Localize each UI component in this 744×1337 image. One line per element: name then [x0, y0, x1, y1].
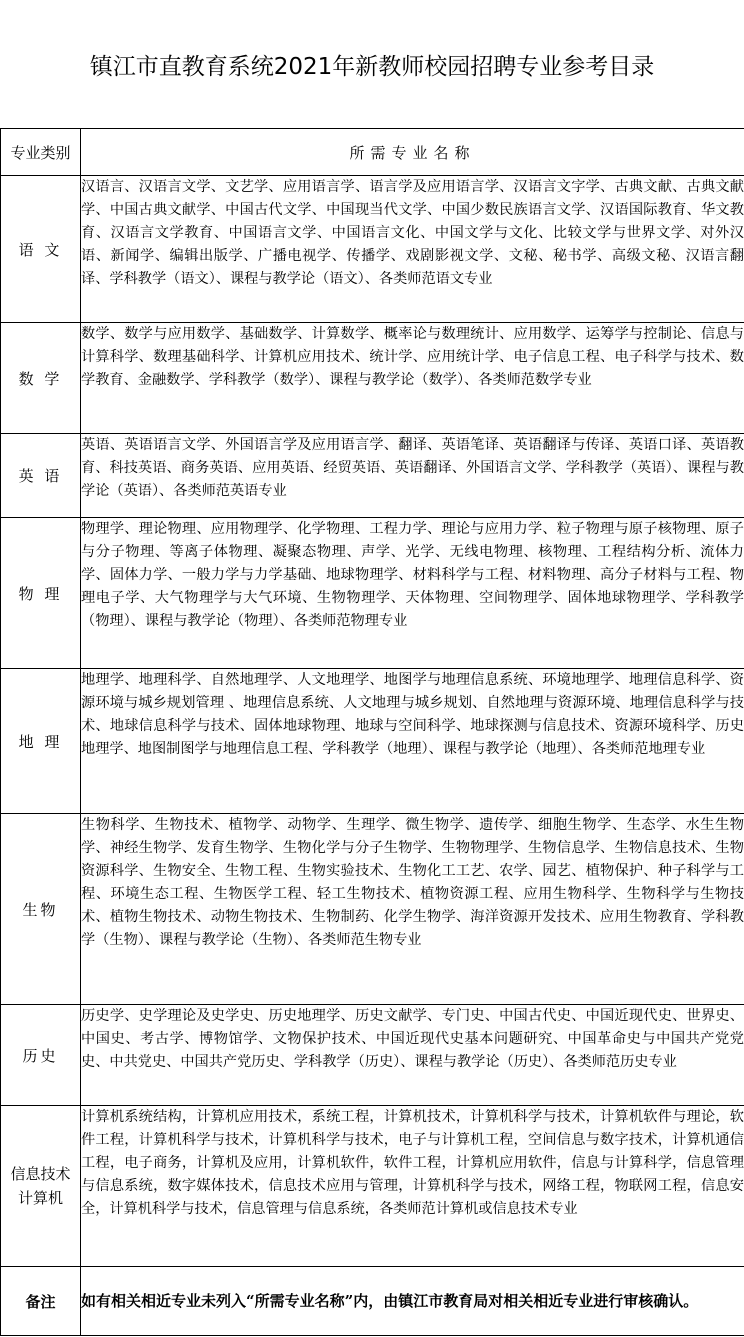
- majors-cell: 英语、英语语言文学、外国语言学及应用语言学、翻译、英语笔译、英语翻译与传译、英语…: [81, 434, 744, 518]
- category-cell: 历史: [1, 1005, 81, 1106]
- category-cell: 生物: [1, 814, 81, 1005]
- table-row-history: 历史 历史学、史学理论及史学史、历史地理学、历史文献学、专门史、中国古代史、中国…: [1, 1005, 744, 1106]
- majors-cell: 数学、数学与应用数学、基础数学、计算数学、概率论与数理统计、应用数学、运筹学与控…: [81, 323, 744, 434]
- majors-cell: 计算机系统结构，计算机应用技术，系统工程，计算机技术，计算机科学与技术，计算机软…: [81, 1106, 744, 1267]
- note-text: 如有相关相近专业未列入“所需专业名称”内，由镇江市教育局对相关相近专业进行审核确…: [81, 1267, 744, 1336]
- category-line-1: 信息技术: [1, 1162, 80, 1186]
- note-label: 备注: [1, 1267, 81, 1336]
- category-cell: 英 语: [1, 434, 81, 518]
- table-row-geography: 地 理 地理学、地理科学、自然地理学、人文地理学、地图学与地理信息系统、环境地理…: [1, 669, 744, 814]
- category-cell: 物 理: [1, 518, 81, 669]
- major-catalog-table: 专业类别 所需专业名称 语 文 汉语言、汉语言文学、文艺学、应用语言学、语言学及…: [0, 128, 744, 1336]
- category-cell: 语 文: [1, 176, 81, 323]
- header-category: 专业类别: [1, 129, 81, 176]
- table-row-it: 信息技术 计算机 计算机系统结构，计算机应用技术，系统工程，计算机技术，计算机科…: [1, 1106, 744, 1267]
- majors-cell: 地理学、地理科学、自然地理学、人文地理学、地图学与地理信息系统、环境地理学、地理…: [81, 669, 744, 814]
- majors-cell: 历史学、史学理论及史学史、历史地理学、历史文献学、专门史、中国古代史、中国近现代…: [81, 1005, 744, 1106]
- majors-cell: 汉语言、汉语言文学、文艺学、应用语言学、语言学及应用语言学、汉语言文字学、古典文…: [81, 176, 744, 323]
- category-cell: 数 学: [1, 323, 81, 434]
- table-row-physics: 物 理 物理学、理论物理、应用物理学、化学物理、工程力学、理论与应用力学、粒子物…: [1, 518, 744, 669]
- table-row-biology: 生物 生物科学、生物技术、植物学、动物学、生理学、微生物学、遗传学、细胞生物学、…: [1, 814, 744, 1005]
- majors-cell: 生物科学、生物技术、植物学、动物学、生理学、微生物学、遗传学、细胞生物学、生态学…: [81, 814, 744, 1005]
- header-majors: 所需专业名称: [81, 129, 744, 176]
- table-header-row: 专业类别 所需专业名称: [1, 129, 744, 176]
- category-cell: 地 理: [1, 669, 81, 814]
- page-title: 镇江市直教育系统2021年新教师校园招聘专业参考目录: [0, 48, 744, 81]
- table-row-math: 数 学 数学、数学与应用数学、基础数学、计算数学、概率论与数理统计、应用数学、运…: [1, 323, 744, 434]
- category-cell: 信息技术 计算机: [1, 1106, 81, 1267]
- table-row-note: 备注 如有相关相近专业未列入“所需专业名称”内，由镇江市教育局对相关相近专业进行…: [1, 1267, 744, 1336]
- category-line-2: 计算机: [1, 1186, 80, 1210]
- table-row-chinese: 语 文 汉语言、汉语言文学、文艺学、应用语言学、语言学及应用语言学、汉语言文字学…: [1, 176, 744, 323]
- majors-cell: 物理学、理论物理、应用物理学、化学物理、工程力学、理论与应用力学、粒子物理与原子…: [81, 518, 744, 669]
- table-row-english: 英 语 英语、英语语言文学、外国语言学及应用语言学、翻译、英语笔译、英语翻译与传…: [1, 434, 744, 518]
